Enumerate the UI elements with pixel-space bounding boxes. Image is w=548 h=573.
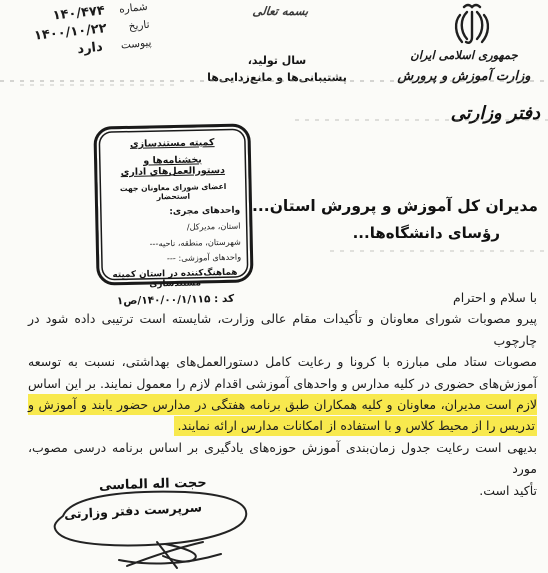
scan-noise-band — [330, 250, 548, 252]
stamp-members-line: اعضای شورای معاونان جهت استحضار — [107, 182, 240, 203]
iran-emblem-icon — [452, 2, 492, 52]
body-line-salutation: با سلام و احترام — [28, 287, 537, 308]
body-line-highlighted: لازم است مدیران، معاونان و کلیه همکاران … — [28, 394, 537, 415]
slogan-line-2: پشتیبانی‌ها و مانع‌زدایی‌ها — [192, 69, 362, 86]
ref-date-label: تاریخ — [115, 19, 150, 34]
letter-body: با سلام و احترام پیرو مصوبات شورای معاون… — [28, 287, 537, 501]
stamp-subtitle: بخشنامه‌ها و دستورالعمل‌های اداری — [106, 154, 239, 179]
body-line: مصوبات ستاد ملی مبارزه با کرونا و رعایت … — [28, 351, 537, 372]
body-line: پیرو مصوبات شورای معاونان و تأکیدات مقام… — [28, 308, 537, 351]
slogan-line-1: سال تولید، — [192, 52, 362, 69]
besmele-calligraphy: بسمه تعالی — [232, 4, 328, 18]
recipient-line-2: رؤسای دانشگاه‌ها... — [252, 224, 500, 242]
body-line: آموزش‌های حضوری در کلیه مدارس و واحدهای … — [28, 373, 537, 394]
stamp-province-line: استان، مدیرکل/ — [107, 221, 240, 234]
stamp-county-line: شهرستان، منطقه، ناحیه--- — [108, 236, 241, 249]
stamp-edu-units-line: واحدهای آموزشی: --- — [108, 252, 241, 265]
recipients-block: مدیران کل آموزش و پرورش استان... رؤسای د… — [252, 197, 538, 242]
signature-scribble — [35, 486, 265, 573]
recipient-line-1: مدیران کل آموزش و پرورش استان... — [252, 197, 538, 215]
country-name: جمهوری اسلامی ایران — [380, 48, 548, 62]
ref-number-value: ۱۴۰/۴۷۴ — [52, 3, 106, 23]
ref-number-label: شماره — [113, 1, 148, 16]
body-line-highlighted: تدریس را از محیط کلاس و با استفاده از ام… — [28, 415, 537, 436]
ministry-header: جمهوری اسلامی ایران وزارت آموزش و پرورش — [380, 48, 548, 84]
stamp-title: کمیته مستندسازی — [106, 137, 239, 151]
ref-attachment-value: دارد — [77, 40, 104, 58]
scanned-letter-page: شماره ۱۴۰/۴۷۴ تاریخ ۱۴۰۰/۱۰/۲۲ پیوست دار… — [0, 0, 548, 573]
reference-stamp: شماره ۱۴۰/۴۷۴ تاریخ ۱۴۰۰/۱۰/۲۲ پیوست دار… — [6, 0, 153, 67]
scan-noise-band — [0, 80, 548, 82]
documentation-committee-stamp: کمیته مستندسازی بخشنامه‌ها و دستورالعمل‌… — [93, 123, 253, 285]
stamp-exec-units-line: واحدهای مجری: — [107, 206, 240, 219]
highlighted-text: تدریس را از محیط کلاس و با استفاده از ام… — [174, 416, 537, 436]
scan-noise-band — [20, 84, 180, 86]
ref-attachment-label: پیوست — [117, 37, 152, 52]
scan-noise-band — [295, 119, 548, 121]
body-line: بدیهی است رعایت جدول زمان‌بندی آموزش حوز… — [28, 437, 537, 480]
